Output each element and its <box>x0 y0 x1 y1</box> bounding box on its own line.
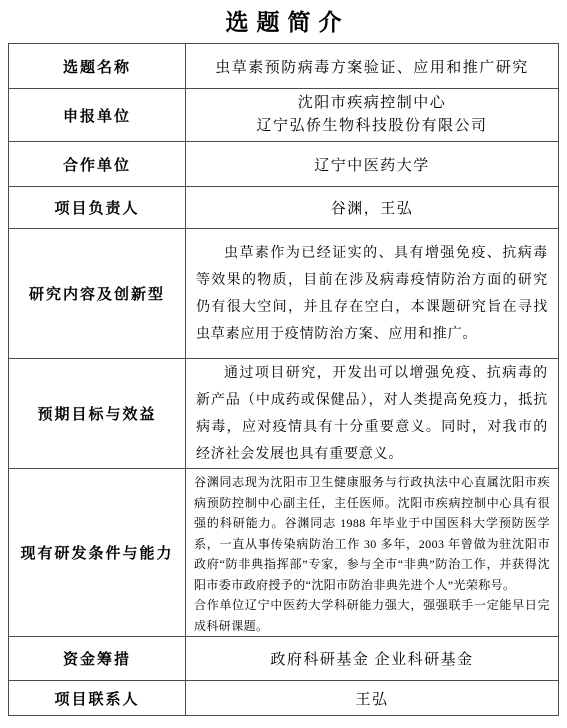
expected-goals-label: 预期目标与效益 <box>9 359 186 469</box>
row-rd-capability: 现有研发条件与能力 谷渊同志现为沈阳市卫生健康服务与行政执法中心直属沈阳市疾病预… <box>9 469 559 637</box>
row-applicant-org: 申报单位 沈阳市疾病控制中心 辽宁弘侨生物科技股份有限公司 <box>9 89 559 142</box>
row-expected-goals: 预期目标与效益 通过项目研究，开发出可以增强免疫、抗病毒的新产品（中成药或保健品… <box>9 359 559 469</box>
applicant-org-value: 沈阳市疾病控制中心 辽宁弘侨生物科技股份有限公司 <box>186 89 559 142</box>
rd-capability-label: 现有研发条件与能力 <box>9 469 186 637</box>
topic-name-value: 虫草素预防病毒方案验证、应用和推广研究 <box>186 44 559 89</box>
research-content-value: 虫草素作为已经证实的、具有增强免疫、抗病毒等效果的物质，目前在涉及病毒疫情防治方… <box>186 229 559 359</box>
applicant-org-label: 申报单位 <box>9 89 186 142</box>
partner-org-value: 辽宁中医药大学 <box>186 142 559 187</box>
expected-goals-value: 通过项目研究，开发出可以增强免疫、抗病毒的新产品（中成药或保健品），对人类提高免… <box>186 359 559 469</box>
rd-capability-value: 谷渊同志现为沈阳市卫生健康服务与行政执法中心直属沈阳市疾病预防控制中心副主任，主… <box>186 469 559 637</box>
page-title: 选题简介 <box>0 0 567 43</box>
row-research-content: 研究内容及创新型 虫草素作为已经证实的、具有增强免疫、抗病毒等效果的物质，目前在… <box>9 229 559 359</box>
applicant-org-line1: 沈阳市疾病控制中心 <box>192 92 552 115</box>
applicant-org-line2: 辽宁弘侨生物科技股份有限公司 <box>192 115 552 138</box>
row-contact-person: 项目联系人 王弘 <box>9 681 559 716</box>
row-funding: 资金筹措 政府科研基金 企业科研基金 <box>9 637 559 681</box>
rd-capability-paragraph-1: 谷渊同志现为沈阳市卫生健康服务与行政执法中心直属沈阳市疾病预防控制中心副主任，主… <box>194 472 550 595</box>
research-content-paragraph: 虫草素作为已经证实的、具有增强免疫、抗病毒等效果的物质，目前在涉及病毒疫情防治方… <box>196 240 548 348</box>
contact-person-label: 项目联系人 <box>9 681 186 716</box>
funding-value: 政府科研基金 企业科研基金 <box>186 637 559 681</box>
expected-goals-paragraph: 通过项目研究，开发出可以增强免疫、抗病毒的新产品（中成药或保健品），对人类提高免… <box>196 360 548 468</box>
row-topic-name: 选题名称 虫草素预防病毒方案验证、应用和推广研究 <box>9 44 559 89</box>
topic-brief-table: 选题名称 虫草素预防病毒方案验证、应用和推广研究 申报单位 沈阳市疾病控制中心 … <box>8 43 559 716</box>
project-leader-label: 项目负责人 <box>9 187 186 229</box>
project-leader-value: 谷渊，王弘 <box>186 187 559 229</box>
funding-label: 资金筹措 <box>9 637 186 681</box>
topic-name-label: 选题名称 <box>9 44 186 89</box>
row-project-leader: 项目负责人 谷渊，王弘 <box>9 187 559 229</box>
partner-org-label: 合作单位 <box>9 142 186 187</box>
document-page: 选题简介 选题名称 虫草素预防病毒方案验证、应用和推广研究 申报单位 沈阳市疾病… <box>0 0 567 728</box>
row-partner-org: 合作单位 辽宁中医药大学 <box>9 142 559 187</box>
research-content-label: 研究内容及创新型 <box>9 229 186 359</box>
rd-capability-paragraph-2: 合作单位辽宁中医药大学科研能力强大，强强联手一定能早日完成科研课题。 <box>194 595 550 636</box>
contact-person-value: 王弘 <box>186 681 559 716</box>
